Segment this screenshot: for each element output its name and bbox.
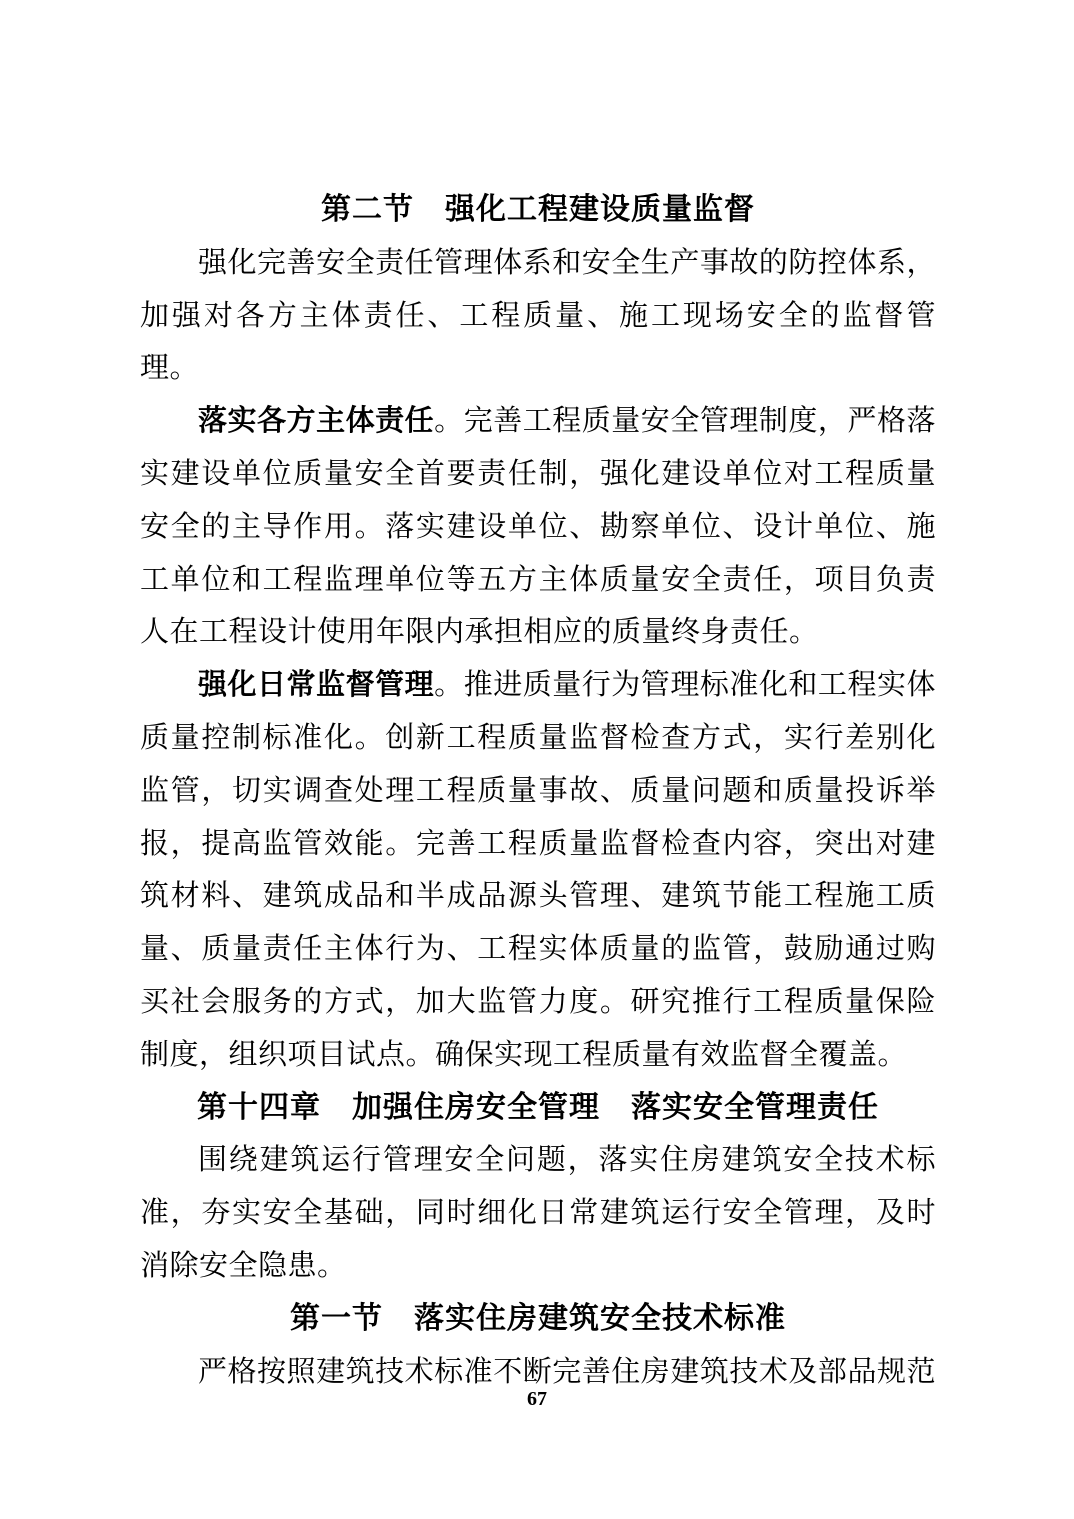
paragraph-text: 。推进质量行为管理标准化和工程实体质量控制标准化。创新工程质量监督检查方式，实行…: [140, 669, 936, 1071]
paragraph-responsibility: 落实各方主体责任。完善工程质量安全管理制度，严格落实建设单位质量安全首要责任制，…: [140, 395, 936, 659]
section-2-heading: 第二节 强化工程建设质量监督: [140, 184, 936, 237]
paragraph-text: 。完善工程质量安全管理制度，严格落实建设单位质量安全首要责任制，强化建设单位对工…: [140, 405, 936, 648]
paragraph-lead: 落实各方主体责任: [198, 405, 434, 437]
document-page: 第二节 强化工程建设质量监督 强化完善安全责任管理体系和安全生产事故的防控体系，…: [0, 0, 1074, 1519]
paragraph-daily-supervision: 强化日常监督管理。推进质量行为管理标准化和工程实体质量控制标准化。创新工程质量监…: [140, 659, 936, 1081]
chapter-14-heading: 第十四章 加强住房安全管理 落实安全管理责任: [140, 1082, 936, 1135]
paragraph-chapter-intro: 围绕建筑运行管理安全问题，落实住房建筑安全技术标准，夯实安全基础，同时细化日常建…: [140, 1134, 936, 1292]
page-number: 67: [0, 1387, 1074, 1411]
text-block: 第二节 强化工程建设质量监督 强化完善安全责任管理体系和安全生产事故的防控体系，…: [140, 184, 936, 1398]
paragraph-lead: 强化日常监督管理: [198, 669, 434, 701]
paragraph-overview: 强化完善安全责任管理体系和安全生产事故的防控体系，加强对各方主体责任、工程质量、…: [140, 237, 936, 395]
section-1-heading: 第一节 落实住房建筑安全技术标准: [140, 1293, 936, 1346]
